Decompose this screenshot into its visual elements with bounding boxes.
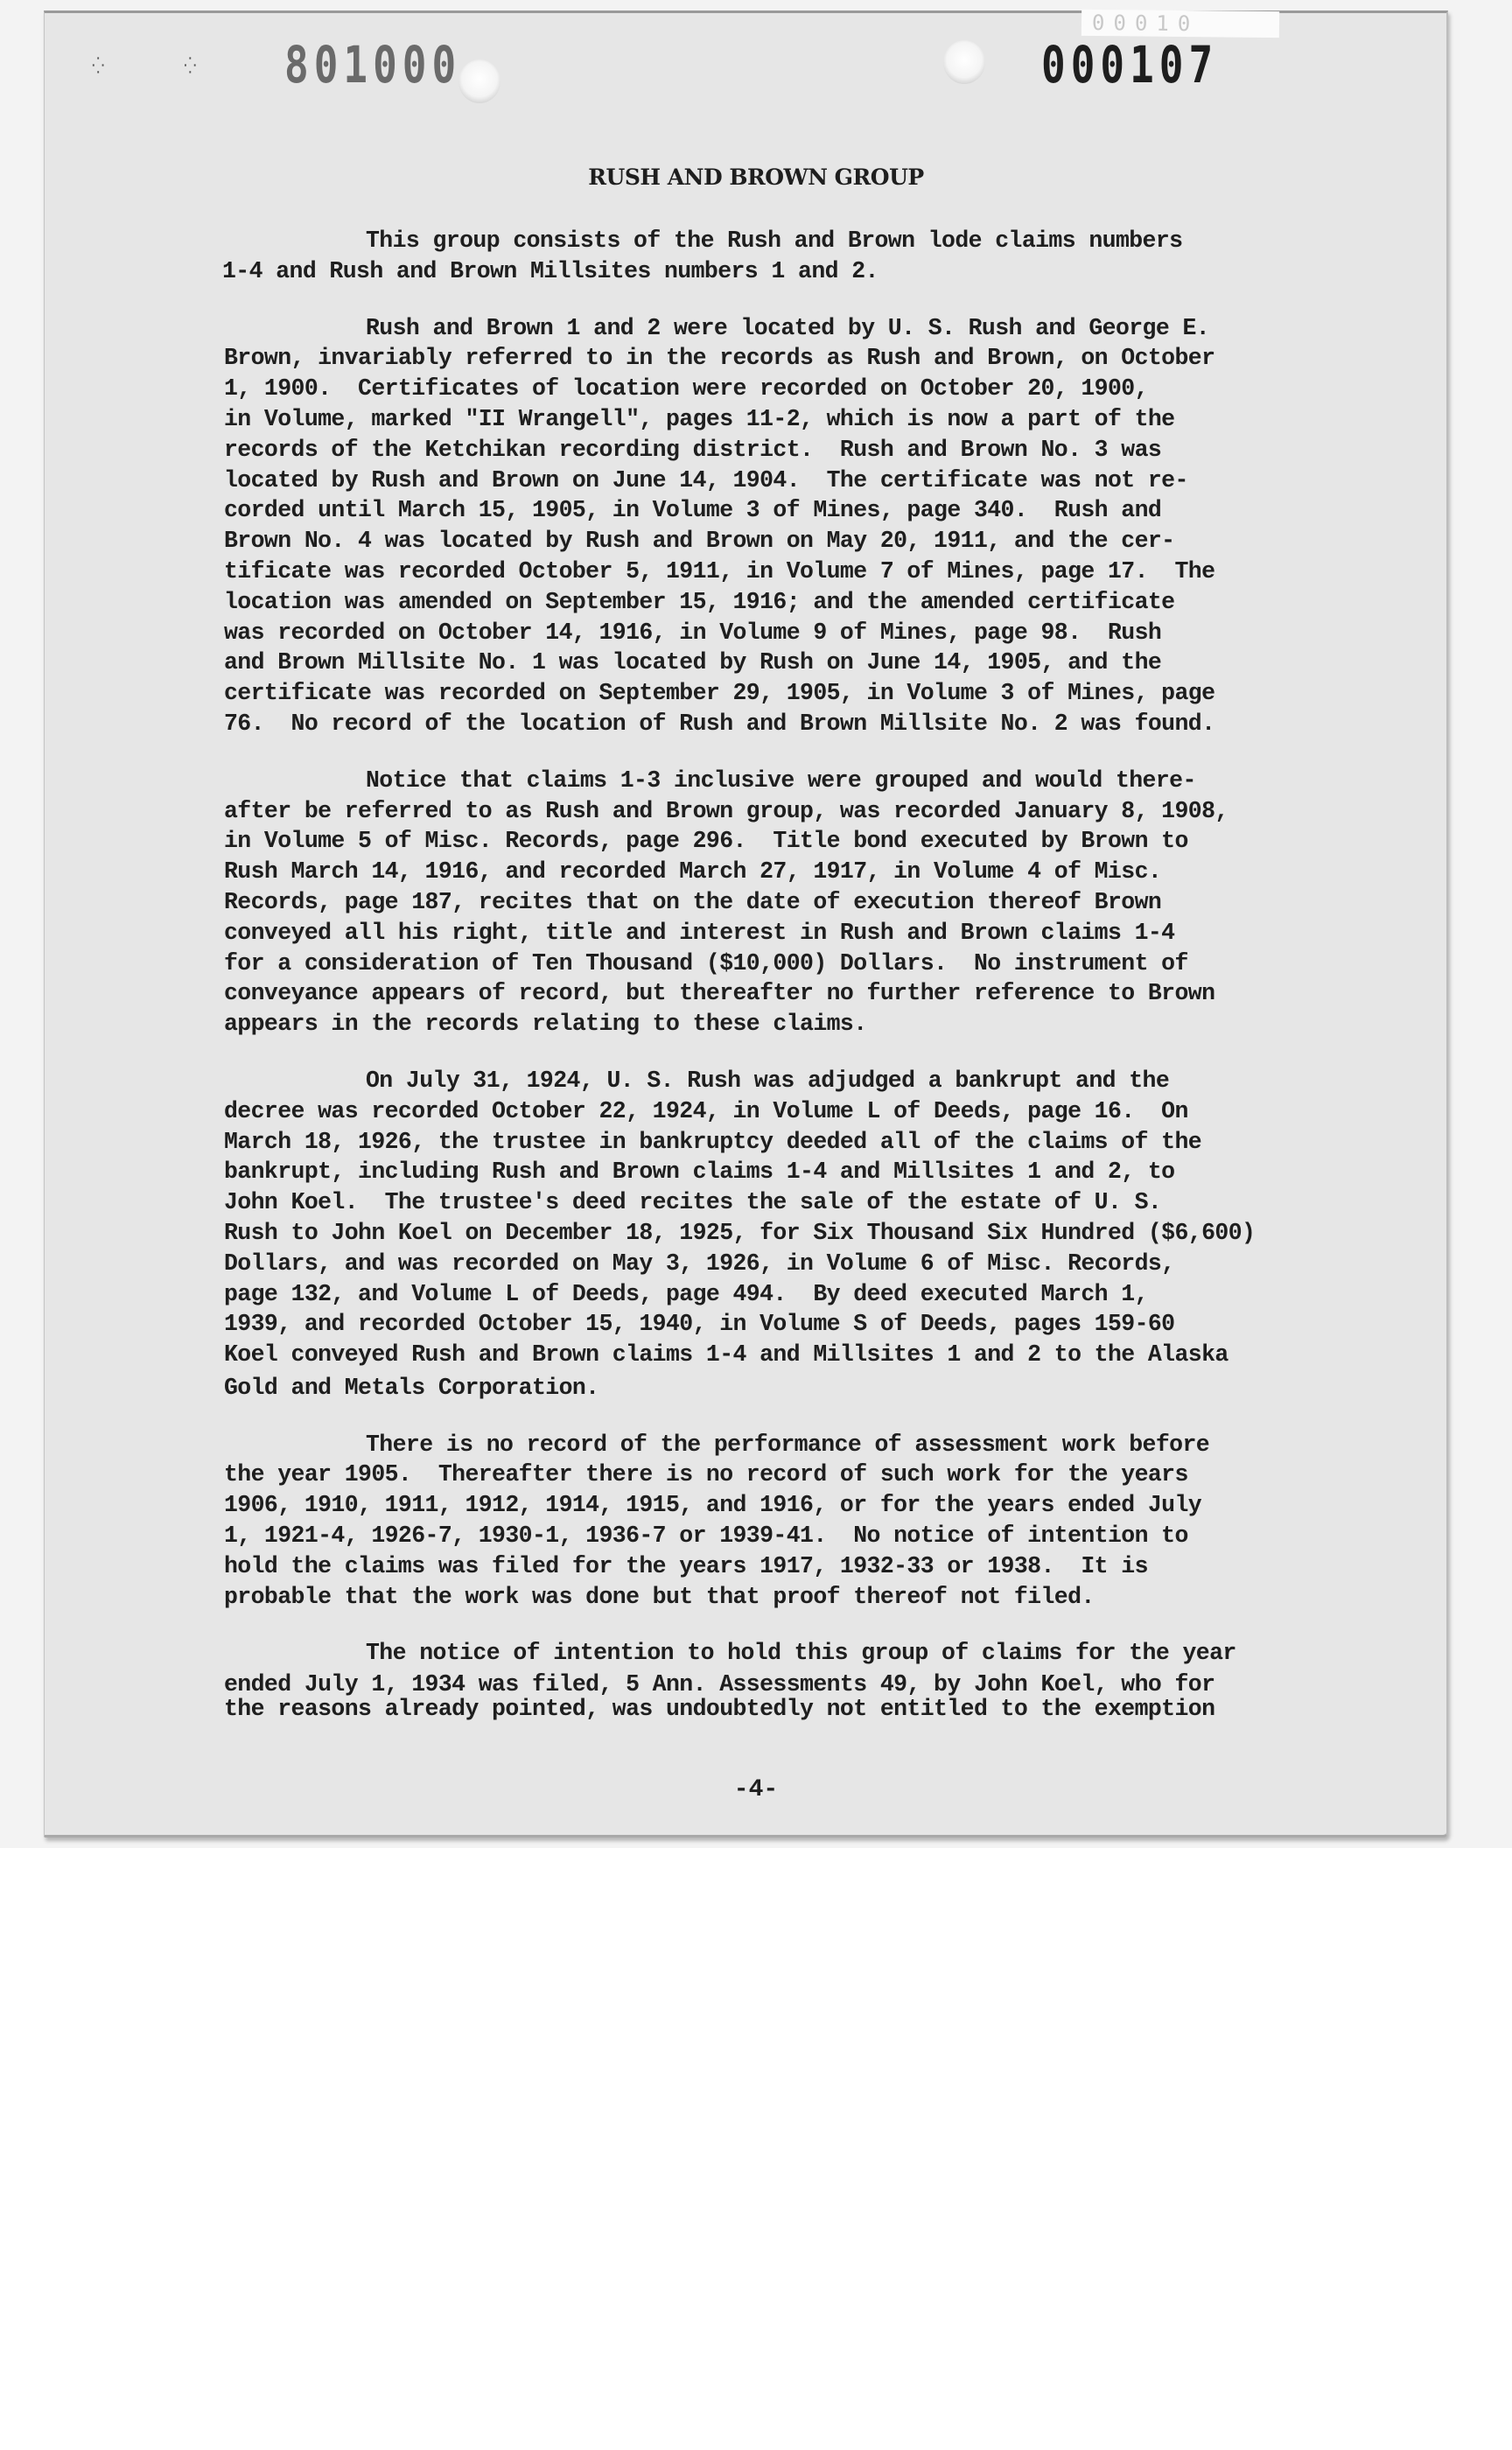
text-line: probable that the work was done but that…	[224, 1582, 1361, 1613]
paragraph-grouping-and-title-bond: Notice that claims 1-3 inclusive were gr…	[224, 766, 1361, 1039]
text-line: the year 1905. Thereafter there is no re…	[224, 1459, 1361, 1490]
text-line: There is no record of the performance of…	[224, 1430, 1361, 1460]
text-line: On July 31, 1924, U. S. Rush was adjudge…	[224, 1066, 1361, 1096]
faded-label-sticker: 00010	[1081, 10, 1279, 38]
text-line: The notice of intention to hold this gro…	[224, 1638, 1361, 1669]
text-line: March 18, 1926, the trustee in bankruptc…	[224, 1127, 1361, 1158]
text-line: hold the claims was filed for the years …	[224, 1551, 1361, 1582]
text-line: page 132, and Volume L of Deeds, page 49…	[224, 1279, 1361, 1310]
text-line: Brown, invariably referred to in the rec…	[224, 343, 1361, 374]
text-line: Rush and Brown 1 and 2 were located by U…	[224, 313, 1361, 344]
text-line: appears in the records relating to these…	[224, 1009, 1361, 1039]
text-line: location was amended on September 15, 19…	[224, 587, 1361, 618]
text-line: John Koel. The trustee's deed recites th…	[224, 1187, 1361, 1218]
text-line: decree was recorded October 22, 1924, in…	[224, 1096, 1361, 1127]
paragraph-bankruptcy-and-conveyance: On July 31, 1924, U. S. Rush was adjudge…	[224, 1066, 1361, 1403]
text-line: after be referred to as Rush and Brown g…	[224, 796, 1361, 827]
text-line: Gold and Metals Corporation.	[224, 1373, 1361, 1403]
text-line: Records, page 187, recites that on the d…	[224, 887, 1361, 918]
text-line: conveyed all his right, title and intere…	[224, 918, 1361, 948]
page-number: -4-	[0, 1776, 1512, 1803]
text-line: Rush March 14, 1916, and recorded March …	[224, 857, 1361, 887]
text-line: 1906, 1910, 1911, 1912, 1914, 1915, and …	[224, 1490, 1361, 1521]
staple-marks: ⁛ ⁛	[92, 57, 232, 76]
document-stamp-left: 801000	[284, 35, 461, 94]
document-body: This group consists of the Rush and Brow…	[224, 226, 1361, 1747]
text-line: 1, 1900. Certificates of location were r…	[224, 374, 1361, 404]
text-line: in Volume, marked "II Wrangell", pages 1…	[224, 404, 1361, 435]
document-title: RUSH AND BROWN GROUP	[0, 164, 1512, 190]
text-line: records of the Ketchikan recording distr…	[224, 435, 1361, 465]
text-line: This group consists of the Rush and Brow…	[224, 226, 1361, 256]
document-stamp-right: 000107	[1041, 35, 1218, 94]
text-line: certificate was recorded on September 29…	[224, 678, 1361, 709]
text-line: 76. No record of the location of Rush an…	[224, 709, 1361, 739]
text-line: conveyance appears of record, but therea…	[224, 978, 1361, 1009]
paragraph-location-history: Rush and Brown 1 and 2 were located by U…	[224, 313, 1361, 739]
text-line: 1-4 and Rush and Brown Millsites numbers…	[222, 256, 1361, 287]
text-line: Rush to John Koel on December 18, 1925, …	[224, 1218, 1361, 1249]
text-line: located by Rush and Brown on June 14, 19…	[224, 465, 1361, 496]
text-line: for a consideration of Ten Thousand ($10…	[224, 948, 1361, 979]
text-line: tificate was recorded October 5, 1911, i…	[224, 556, 1361, 587]
text-line: Koel conveyed Rush and Brown claims 1-4 …	[224, 1340, 1361, 1370]
text-line: in Volume 5 of Misc. Records, page 296. …	[224, 826, 1361, 857]
paragraph-assessment-work: There is no record of the performance of…	[224, 1430, 1361, 1613]
punch-hole-left	[458, 59, 500, 103]
text-line: and Brown Millsite No. 1 was located by …	[224, 647, 1361, 678]
text-line: was recorded on October 14, 1916, in Vol…	[224, 618, 1361, 648]
text-line: Dollars, and was recorded on May 3, 1926…	[224, 1249, 1361, 1279]
text-line: Notice that claims 1-3 inclusive were gr…	[224, 766, 1361, 796]
text-line: the reasons already pointed, was undoubt…	[224, 1697, 1361, 1721]
text-line: ended July 1, 1934 was filed, 5 Ann. Ass…	[224, 1672, 1361, 1697]
punch-hole-right	[943, 40, 985, 84]
text-line: 1, 1921-4, 1926-7, 1930-1, 1936-7 or 193…	[224, 1521, 1361, 1551]
text-line: corded until March 15, 1905, in Volume 3…	[224, 495, 1361, 526]
text-line: Brown No. 4 was located by Rush and Brow…	[224, 526, 1361, 556]
paragraph-group-composition: This group consists of the Rush and Brow…	[224, 226, 1361, 287]
text-line: bankrupt, including Rush and Brown claim…	[224, 1157, 1361, 1187]
text-line: 1939, and recorded October 15, 1940, in …	[224, 1309, 1361, 1340]
paragraph-notice-of-intention: The notice of intention to hold this gro…	[224, 1638, 1361, 1721]
